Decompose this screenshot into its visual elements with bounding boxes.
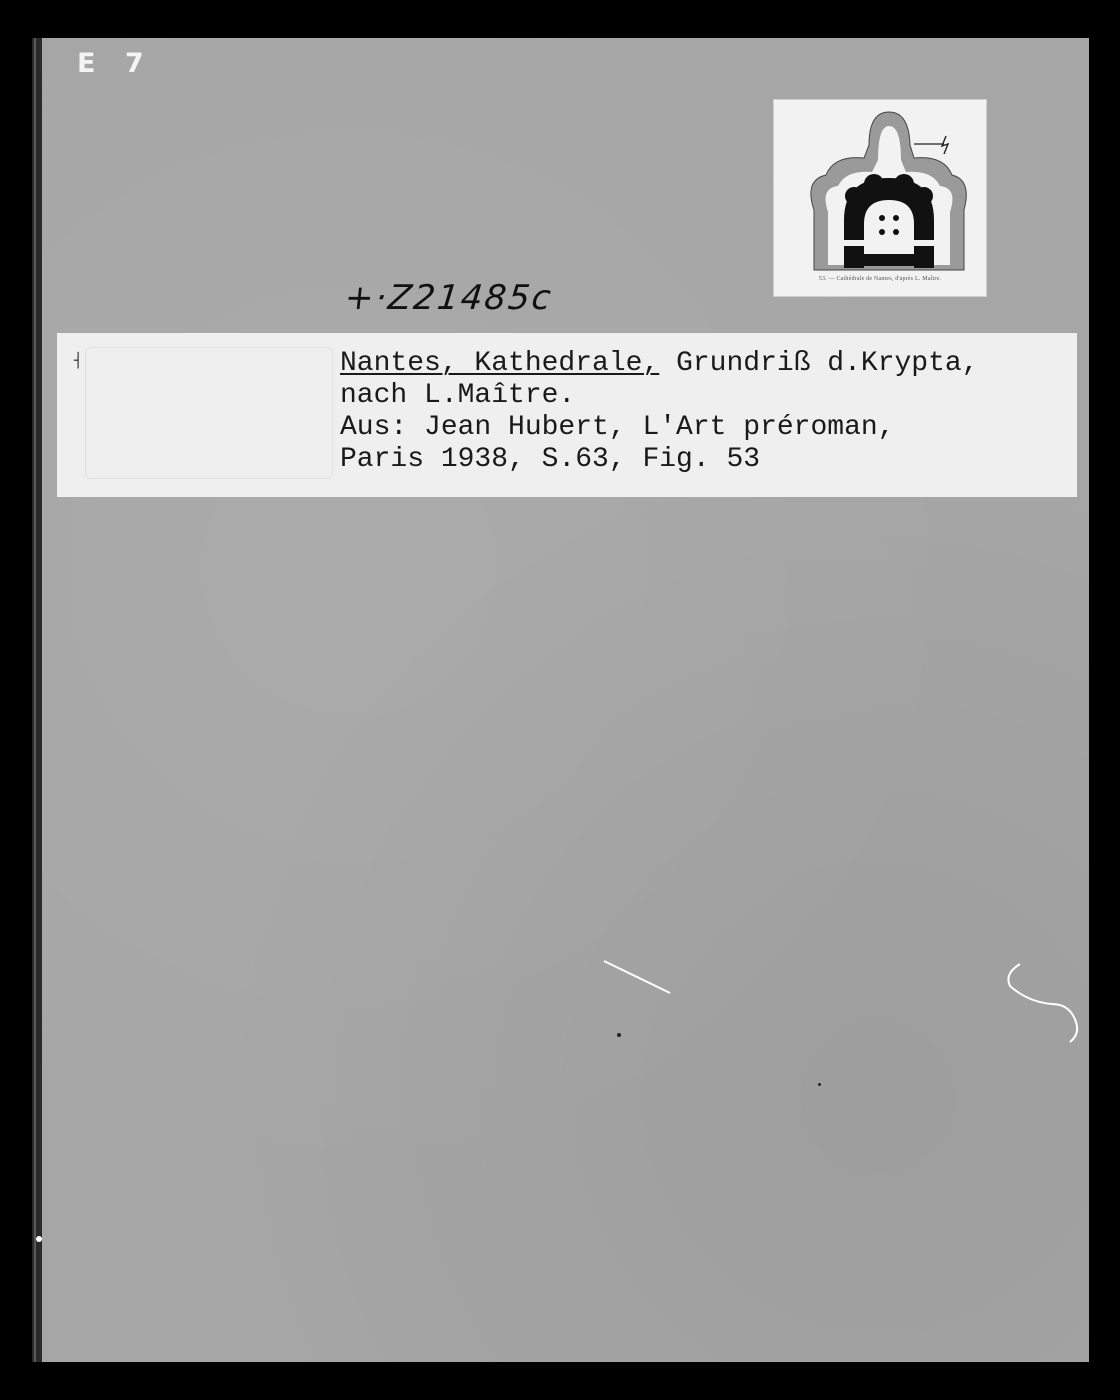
film-speck [36,1236,42,1242]
film-speck [617,1033,621,1037]
label-citation: Paris 1938, S.63, Fig. 53 [340,444,760,475]
card-edge [32,38,42,1362]
tick-mark: ┤ [74,353,82,369]
label-author-line: nach L.Maître. [340,380,575,411]
archive-card: E 7 53. — Cathédrale [32,38,1089,1362]
label-source: Aus: Jean Hubert, L'Art préroman, [340,412,895,443]
corner-code: E 7 [77,48,154,79]
handwritten-shelfmark: +·Z21485c [343,278,555,318]
label-blank-box [85,347,333,479]
film-scratch [592,953,672,998]
label-title: Nantes, Kathedrale, [340,348,659,379]
typed-label: ┤ Nantes, Kathedrale, Grundriß d.Krypta,… [57,333,1077,497]
thumbnail-caption: 53. — Cathédrale de Nantes, d'après L. M… [774,276,986,282]
floor-plan-thumbnail: 53. — Cathédrale de Nantes, d'après L. M… [774,100,986,296]
film-speck [818,1083,821,1086]
label-subject: Grundriß d.Krypta, [659,348,978,379]
crypt-floor-plan-icon [774,100,986,296]
label-text: Nantes, Kathedrale, Grundriß d.Krypta, n… [340,348,979,476]
film-scratch [1000,956,1090,1046]
